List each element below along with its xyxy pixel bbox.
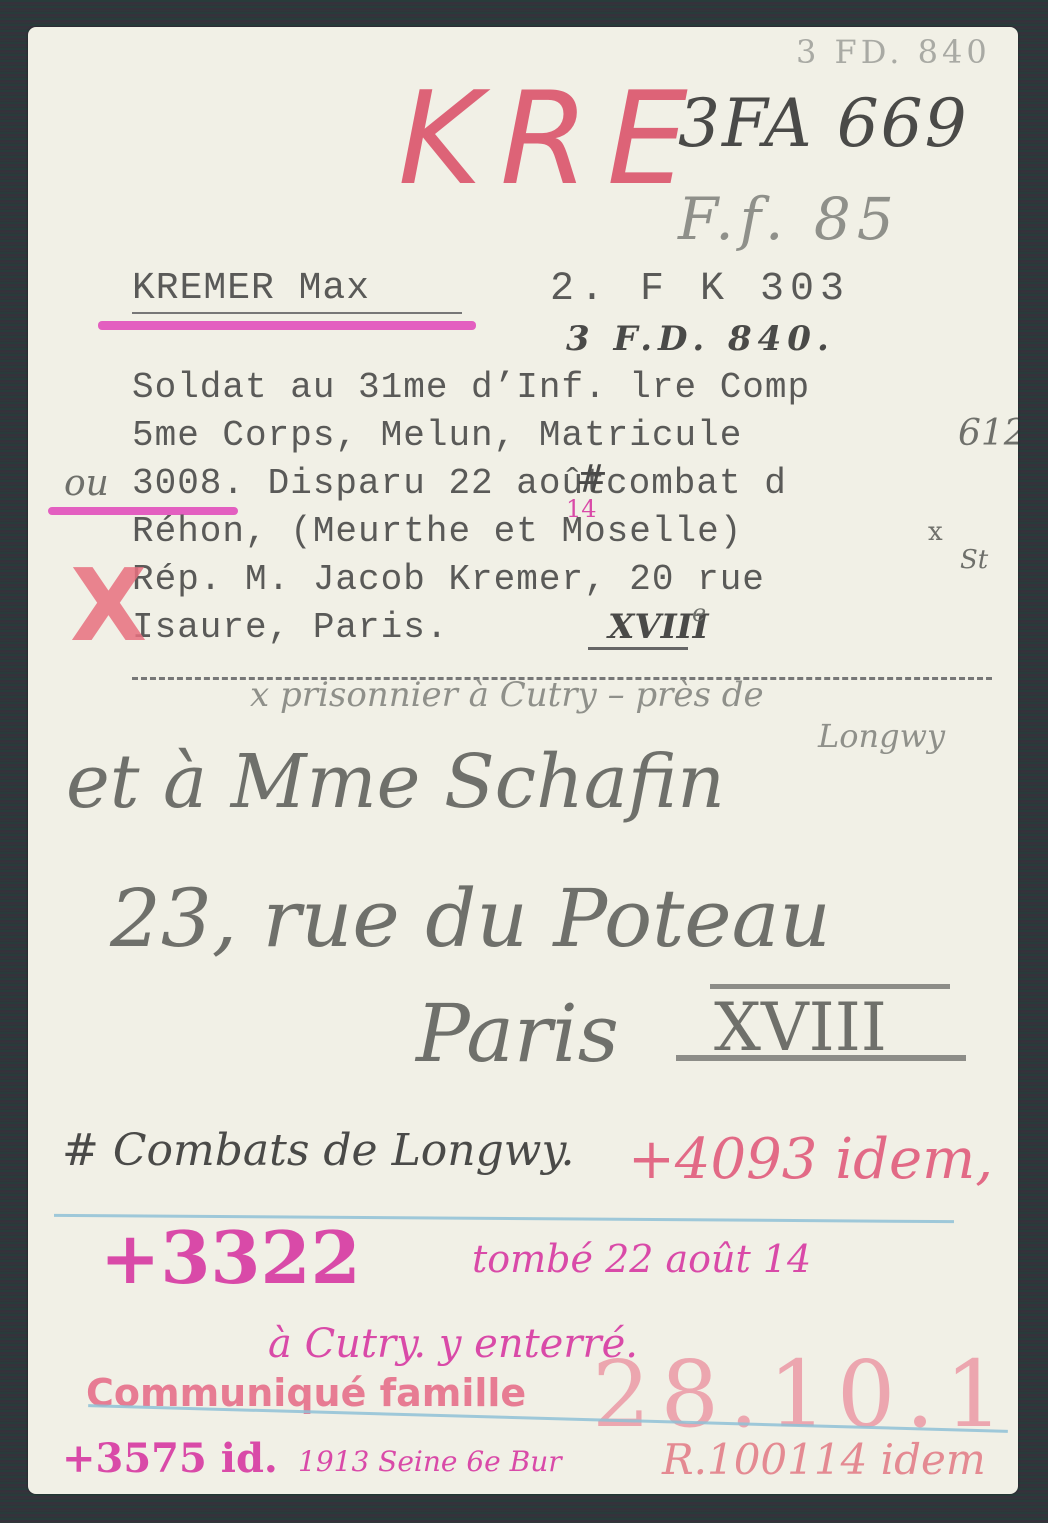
typed-reference: 2. F K 303: [550, 267, 850, 312]
pencil-note-line-2: Longwy: [818, 717, 945, 755]
magenta-underline: [98, 321, 476, 330]
pencil-note-line-1: x prisonnier à Cutry – près de: [250, 675, 764, 715]
typed-line-2: 5me Corps, Melun, Matricule: [132, 415, 742, 456]
last-line-bureau: 1913 Seine 6e Bur: [298, 1445, 562, 1478]
magenta-note-2: à Cutry. y enterré.: [268, 1321, 638, 1367]
red-code: KRE: [398, 65, 706, 214]
index-card: 3 FD. 840 KRE 3FA 669 F.f. 85 KREMER Max…: [28, 27, 1018, 1494]
combat-note: # Combats de Longwy.: [62, 1125, 574, 1176]
pencil-ref-sub: F.f. 85: [678, 185, 900, 253]
typed-line-6: Isaure, Paris.: [132, 607, 448, 648]
magenta-death-ref: +3322: [100, 1215, 361, 1300]
red-death-ref: +4093 idem,: [628, 1127, 993, 1192]
magenta-note-1: tombé 22 août 14: [472, 1237, 811, 1281]
last-line-red: R.100114 idem: [662, 1435, 986, 1484]
arr-underline: [676, 1055, 966, 1061]
matricule-alt: 6126: [958, 413, 1018, 454]
typed-line-3: 3008. Disparu 22 août: [132, 463, 607, 504]
st-superscript: St: [960, 545, 988, 575]
pencil-ref-top: 3 FD. 840: [796, 33, 991, 71]
x-mark: x: [928, 517, 943, 547]
person-name: KREMER Max: [132, 267, 370, 310]
arrondissement-underline: [588, 647, 688, 650]
red-cross-mark: X: [70, 547, 147, 664]
typed-line-1: Soldat au 31me d’Inf. lre Comp: [132, 367, 810, 408]
address-line-1: et à Mme Schafin: [66, 739, 725, 825]
stamped-reference: 3 F.D. 840.: [566, 319, 835, 359]
address-city: Paris: [416, 987, 619, 1080]
name-underline: [132, 312, 462, 314]
arrondissement-suffix: e: [692, 599, 706, 627]
address-line-2: 23, rue du Poteau: [110, 872, 831, 965]
typed-line-3b: combat d: [606, 463, 787, 504]
stamp-date: 28.10.15: [592, 1341, 1018, 1448]
main-reference: 3FA 669: [678, 85, 969, 162]
typed-line-5: Rép. M. Jacob Kremer, 20 rue: [132, 559, 765, 600]
typed-line-4: Réhon, (Meurthe et Moselle): [132, 511, 742, 552]
ou-prefix: ou: [64, 463, 109, 504]
last-line-magenta: +3575 id.: [62, 1435, 278, 1482]
